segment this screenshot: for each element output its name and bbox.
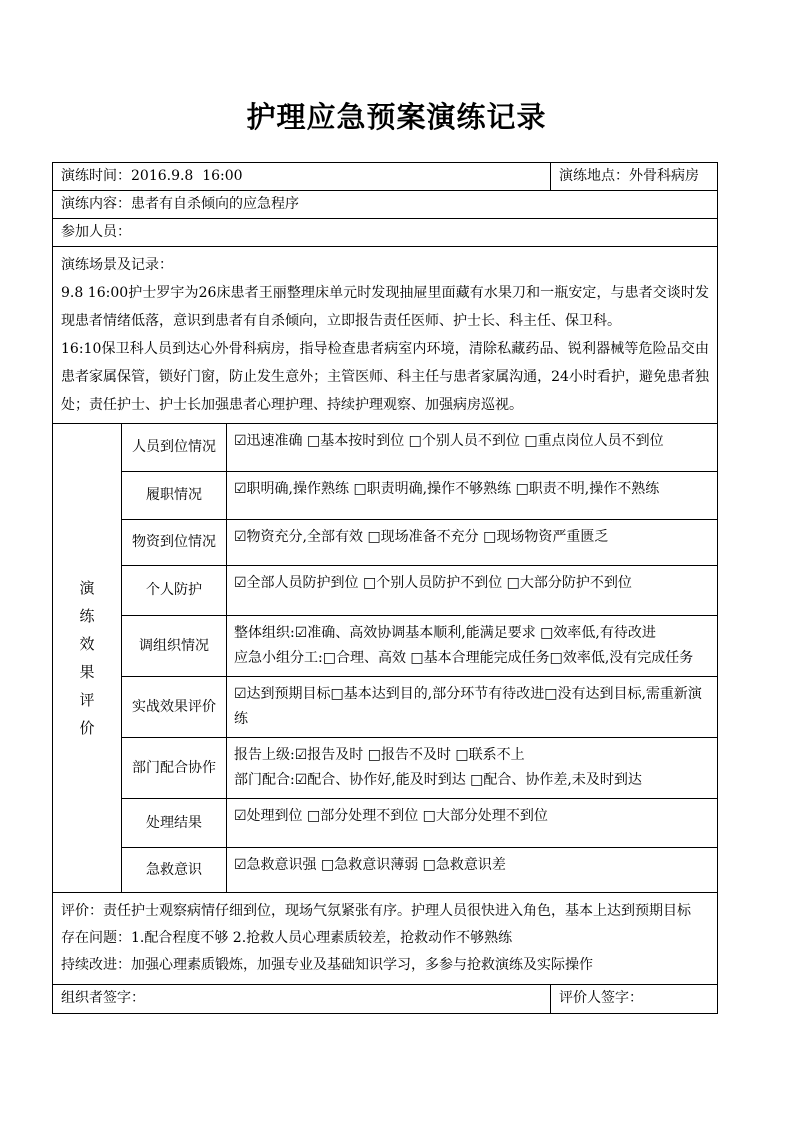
eval-side-char: 果 [79,658,94,686]
eval-option-line: ☑急救意识强 □急救意识薄弱 □急救意识差 [234,853,710,878]
eval-side-label: 演 练 效 果 评 价 [53,424,121,892]
eval-options: 整体组织:☑准确、高效协调基本顺利,能满足要求 □效率低,有待改进 应急小组分工… [226,616,717,676]
eval-row-awareness: 急救意识 ☑急救意识强 □急救意识薄弱 □急救意识差 [122,848,717,892]
eval-category: 个人防护 [122,566,226,615]
scenario-cell: 演练场景及记录： 9.8 16:00护士罗宇为26床患者王丽整理床单元时发现抽屉… [53,247,717,423]
eval-row-effect: 实战效果评价 ☑达到预期目标□基本达到目的,部分环节有待改进□没有达到目标,需重… [122,677,717,738]
drill-record-table: 演练时间：2016.9.8 16:00 演练地点：外骨科病房 演练内容：患者有自… [52,162,718,1014]
participants-cell[interactable]: 参加人员： [53,219,717,246]
eval-option-line: 整体组织:☑准确、高效协调基本顺利,能满足要求 □效率低,有待改进 [234,621,710,646]
participants-label: 参加人员： [61,222,131,243]
eval-options: ☑物资充分,全部有效 □现场准备不充分 □现场物资严重匮乏 [226,520,717,565]
eval-rows: 人员到位情况 ☑迅速准确 □基本按时到位 □个别人员不到位 □重点岗位人员不到位… [121,424,717,892]
eval-category: 人员到位情况 [122,424,226,471]
eval-category: 急救意识 [122,848,226,892]
summary-evaluation-line: 评价：责任护士观察病情仔细到位，现场气氛紧张有序。护理人员很快进入角色，基本上达… [61,898,709,925]
row-time-location: 演练时间：2016.9.8 16:00 演练地点：外骨科病房 [53,163,717,191]
summary-improvement-line: 持续改进：加强心理素质锻炼，加强专业及基础知识学习，多参与抢救演练及实际操作 [61,952,709,979]
drill-location-label: 演练地点： [559,166,629,187]
eval-options: ☑全部人员防护到位 □个别人员防护不到位 □大部分防护不到位 [226,566,717,615]
eval-options: ☑迅速准确 □基本按时到位 □个别人员不到位 □重点岗位人员不到位 [226,424,717,471]
drill-location-value: 外骨科病房 [629,166,699,187]
row-signatures: 组织者签字： 评价人签字： [53,985,717,1013]
eval-side-char: 演 [79,574,94,602]
row-content: 演练内容：患者有自杀倾向的应急程序 [53,191,717,219]
drill-content-value: 患者有自杀倾向的应急程序 [131,194,299,215]
eval-row-cooperation: 部门配合协作 报告上级:☑报告及时 □报告不及时 □联系不上 部门配合:☑配合、… [122,738,717,799]
eval-row-supplies: 物资到位情况 ☑物资充分,全部有效 □现场准备不充分 □现场物资严重匮乏 [122,520,717,566]
organizer-signature-label: 组织者签字： [61,988,145,1009]
eval-option-line: 部门配合:☑配合、协作好,能及时到达 □配合、协作差,未及时到达 [234,768,710,793]
eval-option-line: ☑职明确,操作熟练 □职责明确,操作不够熟练 □职责不明,操作不熟练 [234,477,710,502]
eval-options: 报告上级:☑报告及时 □报告不及时 □联系不上 部门配合:☑配合、协作好,能及时… [226,738,717,798]
eval-options: ☑处理到位 □部分处理不到位 □大部分处理不到位 [226,799,717,847]
evaluation-section: 演 练 效 果 评 价 人员到位情况 ☑迅速准确 □基本按时到位 □个别人员不到… [53,424,717,893]
drill-time-label: 演练时间： [61,166,131,187]
eval-option-line: 报告上级:☑报告及时 □报告不及时 □联系不上 [234,743,710,768]
row-summary: 评价：责任护士观察病情仔细到位，现场气氛紧张有序。护理人员很快进入角色，基本上达… [53,893,717,985]
eval-category: 履职情况 [122,472,226,519]
eval-side-char: 价 [79,714,94,742]
eval-option-line: ☑全部人员防护到位 □个别人员防护不到位 □大部分防护不到位 [234,571,710,596]
evaluator-signature-label: 评价人签字： [559,988,643,1009]
row-participants: 参加人员： [53,219,717,247]
evaluator-signature-cell[interactable]: 评价人签字： [550,985,717,1013]
eval-row-duty: 履职情况 ☑职明确,操作熟练 □职责明确,操作不够熟练 □职责不明,操作不熟练 [122,472,717,520]
eval-options: ☑急救意识强 □急救意识薄弱 □急救意识差 [226,848,717,892]
eval-side-char: 评 [79,686,94,714]
eval-category: 物资到位情况 [122,520,226,565]
eval-category: 调组织情况 [122,616,226,676]
eval-option-line: ☑物资充分,全部有效 □现场准备不充分 □现场物资严重匮乏 [234,525,710,550]
drill-time-cell: 演练时间：2016.9.8 16:00 [53,163,550,190]
scenario-paragraph: 16:10保卫科人员到达心外骨科病房，指导检查患者病室内环境，清除私藏药品、锐利… [61,335,709,419]
eval-option-line: ☑达到预期目标□基本达到目的,部分环节有待改进□没有达到目标,需重新演练 [234,682,710,732]
eval-category: 部门配合协作 [122,738,226,798]
drill-content-cell: 演练内容：患者有自杀倾向的应急程序 [53,191,717,218]
eval-options: ☑职明确,操作熟练 □职责明确,操作不够熟练 □职责不明,操作不熟练 [226,472,717,519]
organizer-signature-cell[interactable]: 组织者签字： [53,985,550,1013]
eval-side-char: 效 [79,630,94,658]
eval-row-personnel: 人员到位情况 ☑迅速准确 □基本按时到位 □个别人员不到位 □重点岗位人员不到位 [122,424,717,472]
eval-category: 实战效果评价 [122,677,226,737]
drill-location-cell: 演练地点：外骨科病房 [550,163,717,190]
eval-option-line: ☑迅速准确 □基本按时到位 □个别人员不到位 □重点岗位人员不到位 [234,429,710,454]
eval-row-result: 处理结果 ☑处理到位 □部分处理不到位 □大部分处理不到位 [122,799,717,848]
eval-option-line: 应急小组分工:□合理、高效 □基本合理能完成任务□效率低,没有完成任务 [234,646,710,671]
scenario-heading: 演练场景及记录： [61,251,709,279]
eval-options: ☑达到预期目标□基本达到目的,部分环节有待改进□没有达到目标,需重新演练 [226,677,717,737]
drill-time-value: 2016.9.8 16:00 [131,166,243,187]
summary-cell: 评价：责任护士观察病情仔细到位，现场气氛紧张有序。护理人员很快进入角色，基本上达… [53,893,717,984]
eval-row-organization: 调组织情况 整体组织:☑准确、高效协调基本顺利,能满足要求 □效率低,有待改进 … [122,616,717,677]
row-scenario: 演练场景及记录： 9.8 16:00护士罗宇为26床患者王丽整理床单元时发现抽屉… [53,247,717,424]
page-title: 护理应急预案演练记录 [0,95,793,136]
eval-option-line: ☑处理到位 □部分处理不到位 □大部分处理不到位 [234,804,710,829]
scenario-paragraph: 9.8 16:00护士罗宇为26床患者王丽整理床单元时发现抽屉里面藏有水果刀和一… [61,279,709,335]
drill-content-label: 演练内容： [61,194,131,215]
eval-category: 处理结果 [122,799,226,847]
eval-side-char: 练 [79,602,94,630]
eval-row-protection: 个人防护 ☑全部人员防护到位 □个别人员防护不到位 □大部分防护不到位 [122,566,717,616]
summary-problems-line: 存在问题：1.配合程度不够 2.抢救人员心理素质较差，抢救动作不够熟练 [61,925,709,952]
document-page: 护理应急预案演练记录 演练时间：2016.9.8 16:00 演练地点：外骨科病… [0,0,793,1122]
